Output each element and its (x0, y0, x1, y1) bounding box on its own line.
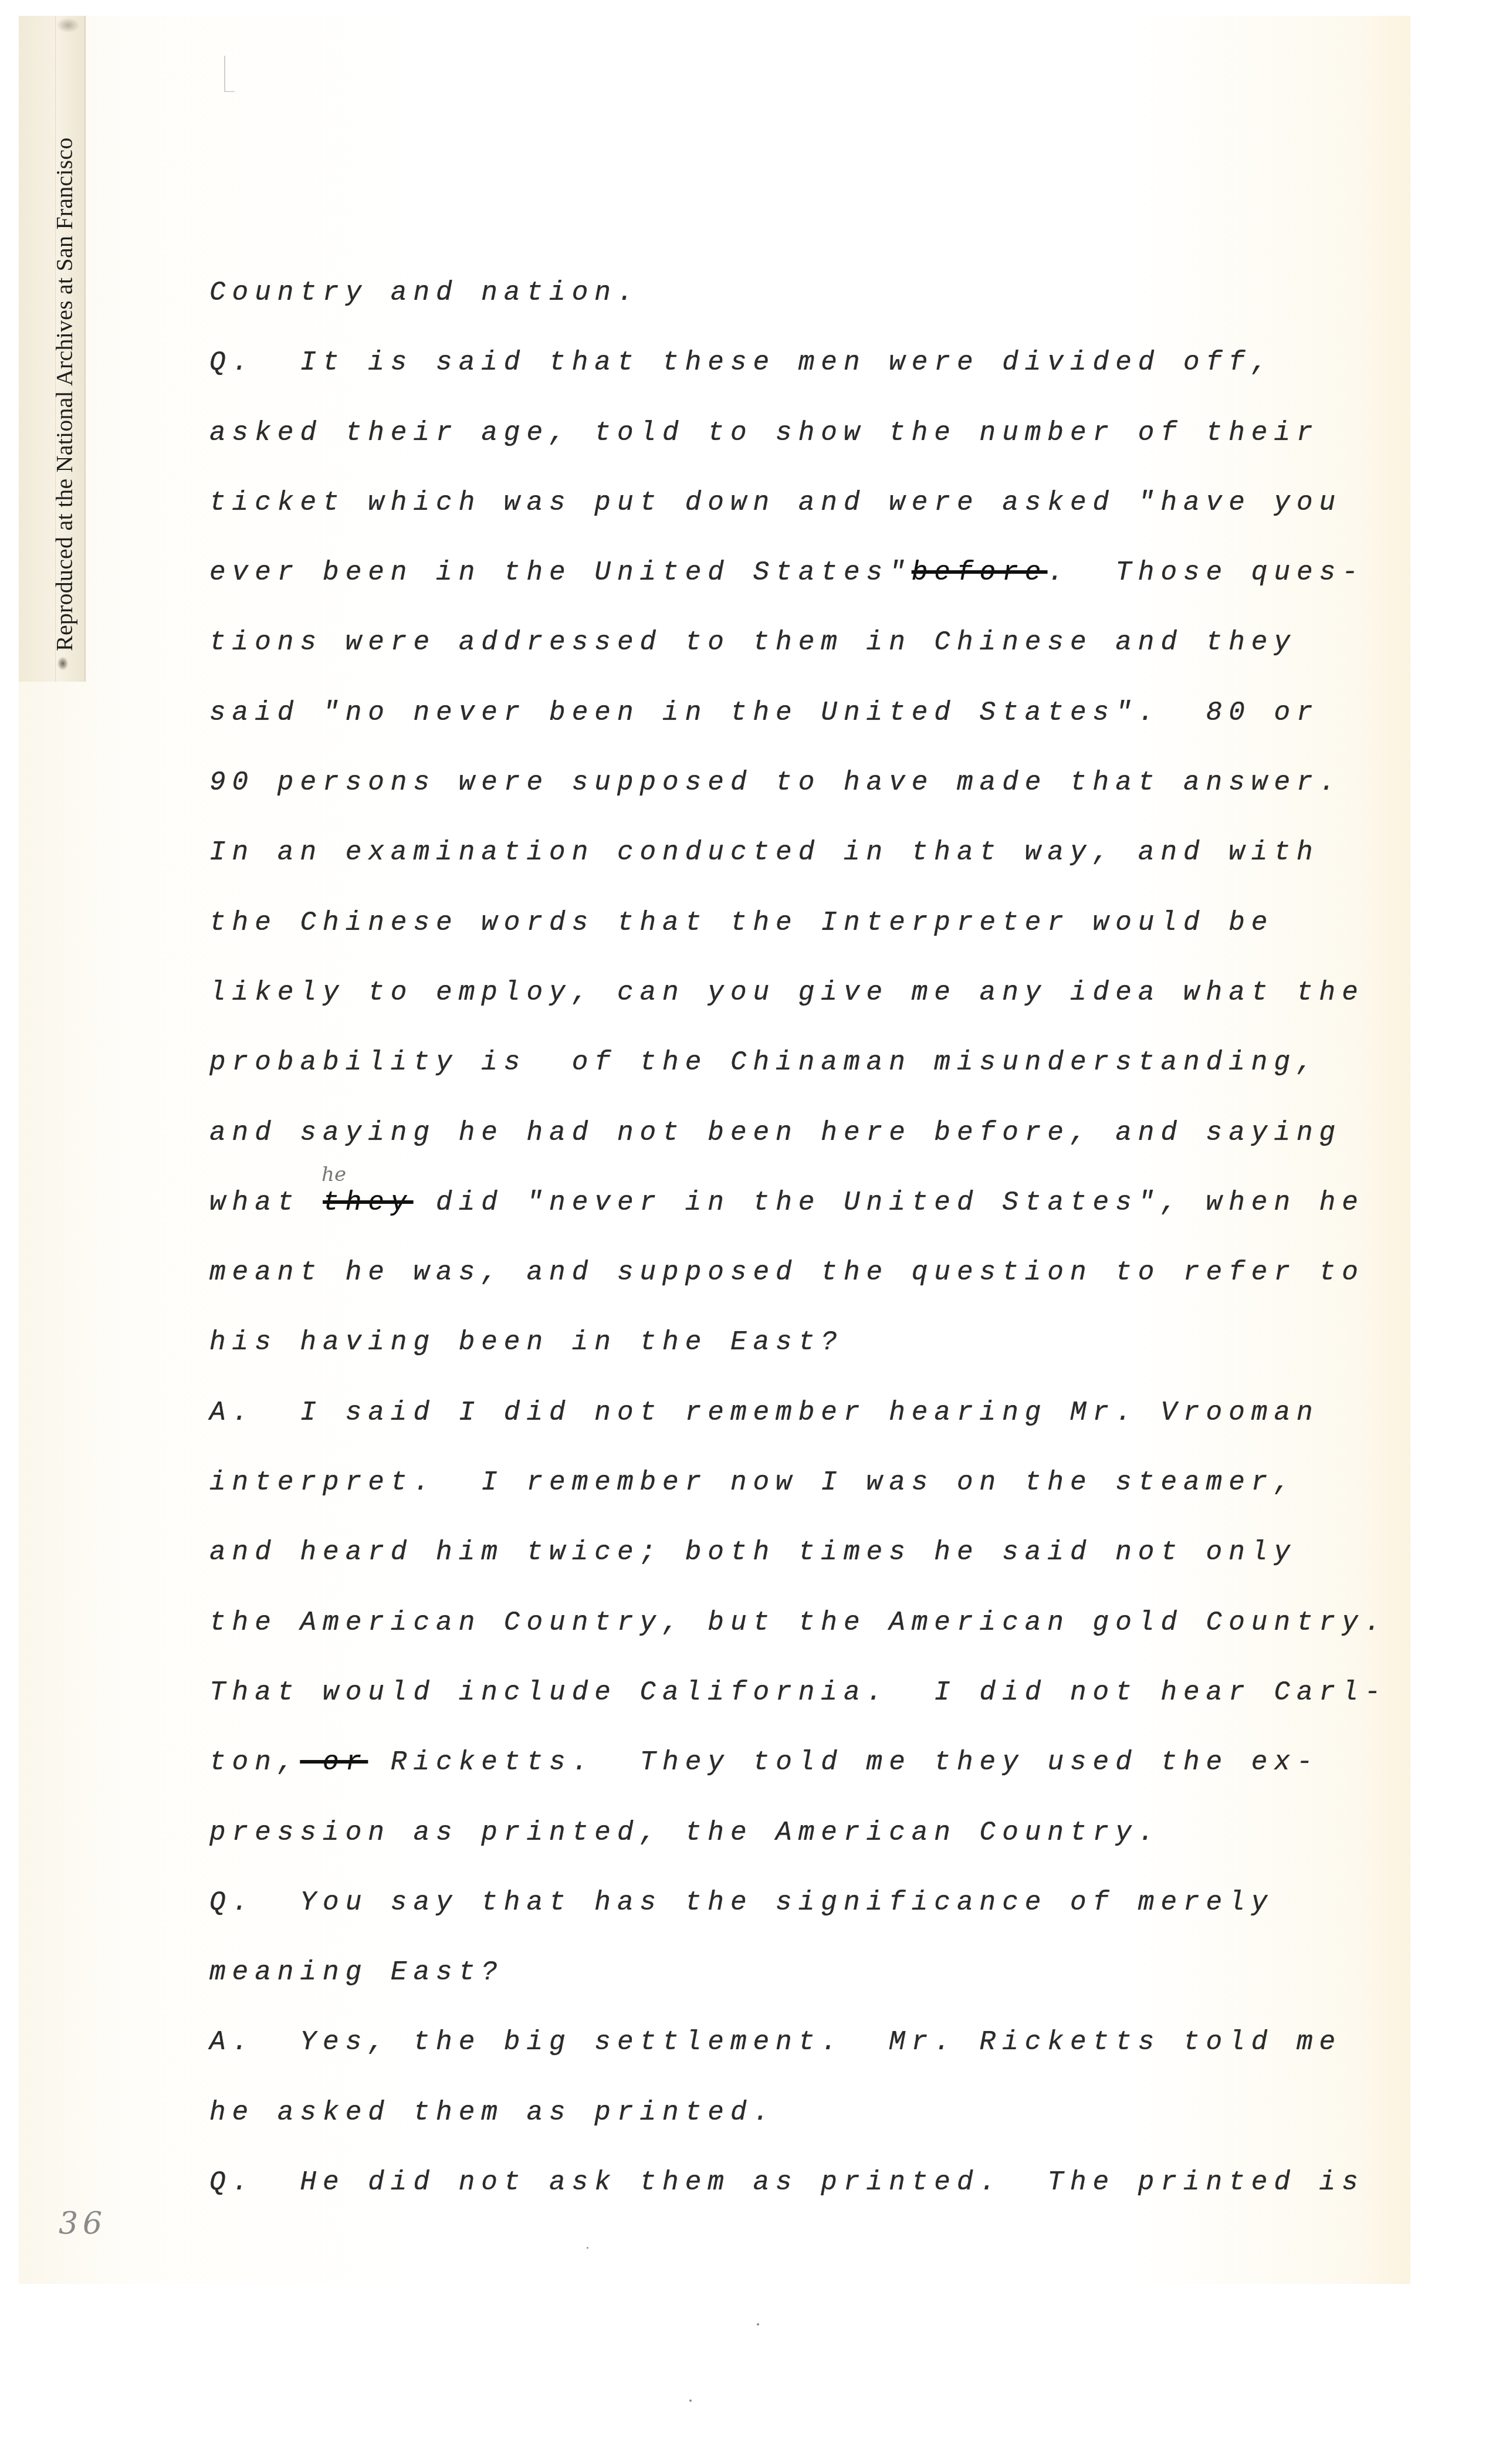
text-line: said "no never been in the United States… (209, 678, 1371, 748)
line-text: and heard him twice; both times he said … (209, 1537, 1297, 1568)
text-line: asked their age, told to show the number… (209, 398, 1371, 468)
line-text-continued: . Those ques- (1047, 557, 1364, 588)
text-line: ever been in the United States"before. T… (209, 538, 1371, 608)
line-text: Country and nation. (209, 277, 640, 308)
text-line: 90 persons were supposed to have made th… (209, 748, 1371, 818)
smudge-mark (56, 18, 80, 33)
text-line: Q. You say that has the significance of … (209, 1868, 1371, 1938)
line-text: 90 persons were supposed to have made th… (209, 767, 1342, 798)
line-text: meant he was, and supposed the question … (209, 1257, 1365, 1288)
corner-bracket-mark (224, 56, 235, 92)
text-line: Country and nation. (209, 258, 1371, 328)
line-text: said "no never been in the United States… (209, 698, 1319, 728)
line-text: his having been in the East? (209, 1327, 844, 1358)
text-line: tions were addressed to them in Chinese … (209, 608, 1371, 678)
text-line: and heard him twice; both times he said … (209, 1518, 1371, 1588)
line-text: what (209, 1187, 323, 1218)
line-text: A. I said I did not remember hearing Mr.… (209, 1397, 1319, 1428)
typewritten-body: Country and nation.Q. It is said that th… (209, 258, 1371, 2218)
text-line: he asked them as printed. (209, 2078, 1371, 2148)
text-line: meaning East? (209, 1938, 1371, 2008)
text-line: his having been in the East? (209, 1308, 1371, 1377)
line-text: the American Country, but the American g… (209, 1607, 1387, 1638)
line-text: ticket which was put down and were asked… (209, 488, 1342, 518)
text-line: Q. It is said that these men were divide… (209, 328, 1371, 398)
line-text: ton, (209, 1747, 300, 1778)
text-line: A. Yes, the big settlement. Mr. Ricketts… (209, 2008, 1371, 2077)
speck (689, 2399, 692, 2402)
line-text: Q. He did not ask them as printed. The p… (209, 2167, 1365, 2198)
text-line: meant he was, and supposed the question … (209, 1238, 1371, 1308)
line-text: Q. You say that has the significance of … (209, 1887, 1274, 1918)
text-line: the Chinese words that the Interpreter w… (209, 888, 1371, 958)
text-line: and saying he had not been here before, … (209, 1098, 1371, 1168)
text-line: A. I said I did not remember hearing Mr.… (209, 1378, 1371, 1448)
text-line: In an examination conducted in that way,… (209, 818, 1371, 888)
handwritten-insertion: he (321, 1163, 346, 1186)
line-text-continued: did "never in the United States", when h… (413, 1187, 1364, 1218)
line-text-continued: Ricketts. They told me they used the ex- (368, 1747, 1319, 1778)
line-text: That would include California. I did not… (209, 1677, 1387, 1708)
text-line: ton, or Ricketts. They told me they used… (209, 1728, 1371, 1798)
text-line: likely to employ, can you give me any id… (209, 958, 1371, 1028)
line-text: likely to employ, can you give me any id… (209, 977, 1365, 1008)
text-line: That would include California. I did not… (209, 1658, 1371, 1728)
line-text: the Chinese words that the Interpreter w… (209, 908, 1274, 938)
line-text: probability is of the Chinaman misunders… (209, 1047, 1319, 1078)
line-text: In an examination conducted in that way,… (209, 837, 1319, 868)
struck-text: they (323, 1187, 413, 1218)
line-text: tions were addressed to them in Chinese … (209, 627, 1297, 658)
struck-text: before (912, 557, 1048, 588)
text-line: interpret. I remember now I was on the s… (209, 1448, 1371, 1518)
text-line: what they did "never in the United State… (209, 1168, 1371, 1238)
text-line: the American Country, but the American g… (209, 1588, 1371, 1658)
line-text: and saying he had not been here before, … (209, 1118, 1342, 1148)
struck-text: or (300, 1747, 368, 1778)
archive-stamp-text: Reproduced at the National Archives at S… (50, 137, 78, 651)
line-text: he asked them as printed. (209, 2097, 776, 2128)
page-number: 36 (59, 2206, 107, 2241)
line-text: interpret. I remember now I was on the s… (209, 1467, 1297, 1498)
line-text: meaning East? (209, 1957, 504, 1988)
speck (587, 2247, 588, 2249)
line-text: A. Yes, the big settlement. Mr. Ricketts… (209, 2027, 1342, 2057)
smudge-mark (57, 657, 68, 670)
text-line: ticket which was put down and were asked… (209, 468, 1371, 538)
line-text: pression as printed, the American Countr… (209, 1817, 1160, 1848)
text-line: probability is of the Chinaman misunders… (209, 1028, 1371, 1098)
line-text: Q. It is said that these men were divide… (209, 347, 1274, 378)
text-line: pression as printed, the American Countr… (209, 1798, 1371, 1868)
line-text: asked their age, told to show the number… (209, 418, 1319, 448)
line-text: ever been in the United States" (209, 557, 912, 588)
speck (757, 2323, 759, 2326)
text-line: Q. He did not ask them as printed. The p… (209, 2148, 1371, 2218)
